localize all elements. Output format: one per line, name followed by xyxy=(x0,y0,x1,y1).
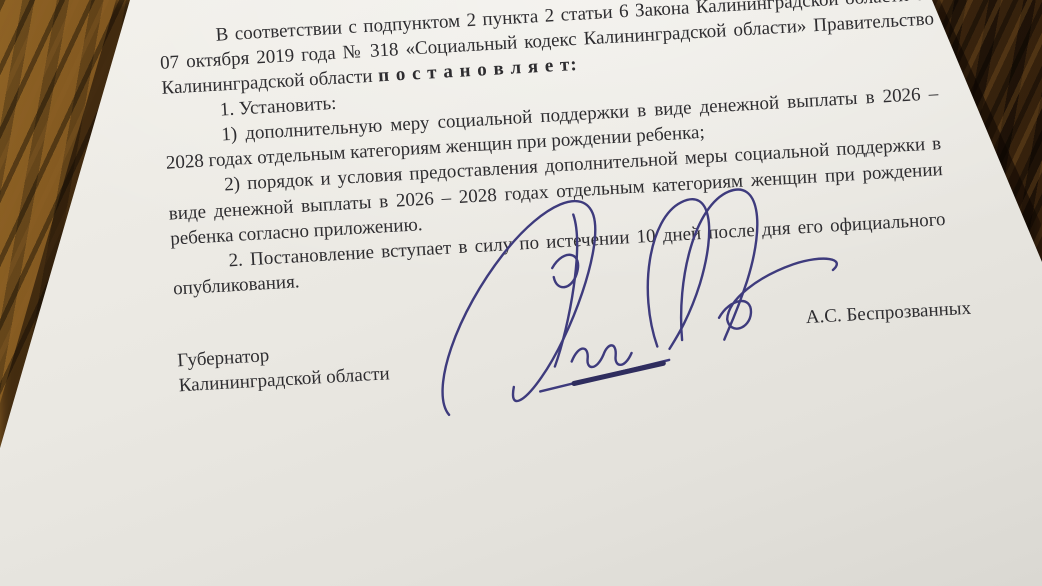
paper-sheet: В соответствии с подпунктом 2 пункта 2 с… xyxy=(0,0,1042,586)
signature-block: Губернатор Калининградской области А.С. … xyxy=(177,305,958,479)
photo-scene: В соответствии с подпунктом 2 пункта 2 с… xyxy=(0,0,1042,586)
decree-text-block: В соответствии с подпунктом 2 пункта 2 с… xyxy=(158,0,958,479)
